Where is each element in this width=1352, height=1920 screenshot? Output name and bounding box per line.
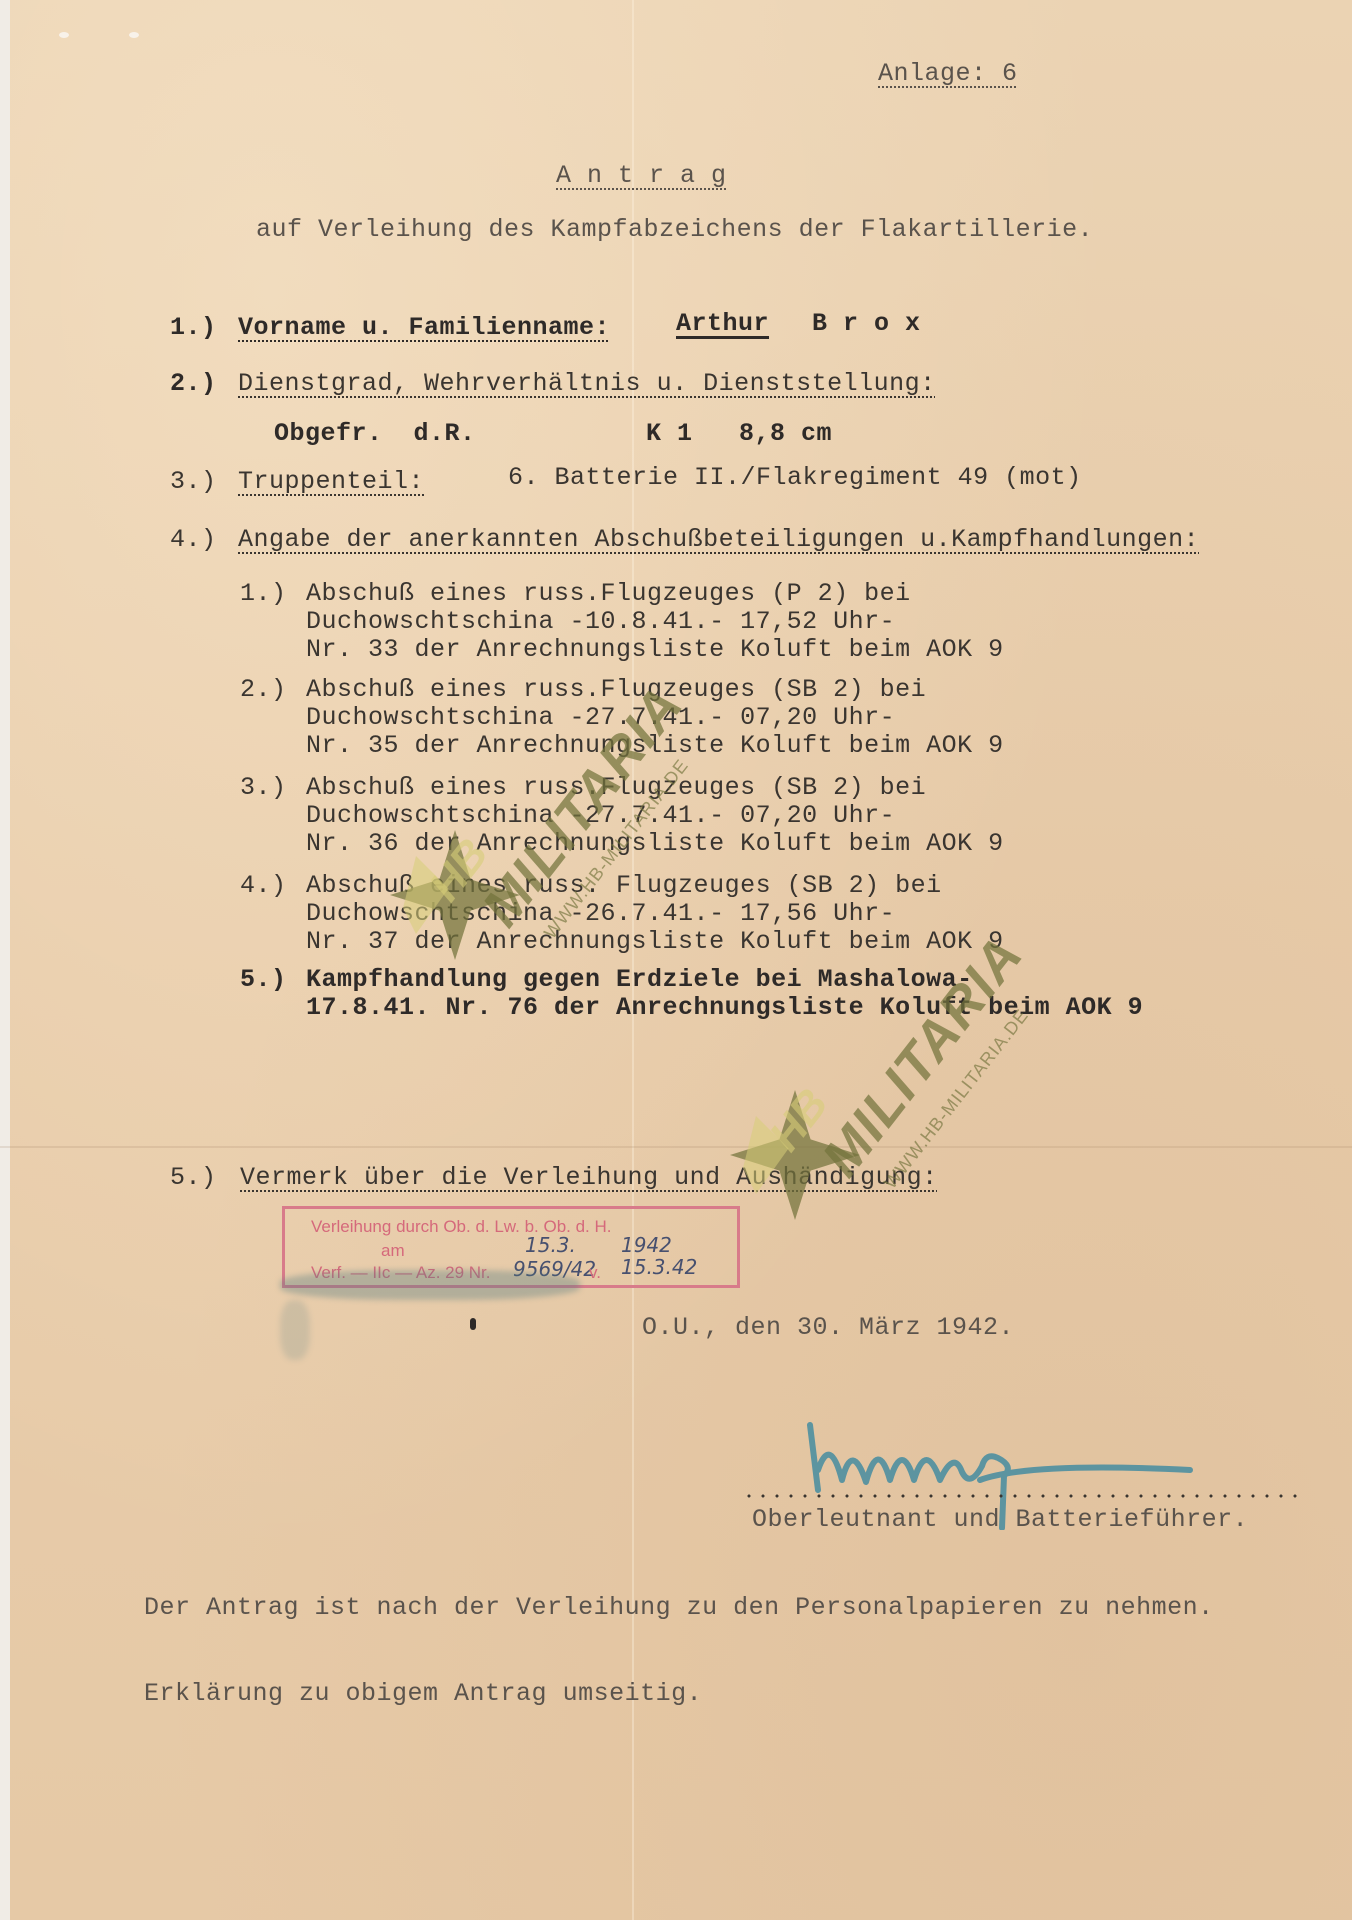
field-2-label: Dienstgrad, Wehrverhältnis u. Dienststel… xyxy=(238,370,936,398)
stamp-handwritten-date: 15.3. xyxy=(525,1233,576,1257)
place-and-date: O.U., den 30. März 1942. xyxy=(642,1314,1014,1342)
ink-smudge xyxy=(280,1300,310,1360)
scan-edge xyxy=(0,0,10,1920)
document-title: A n t r a g xyxy=(556,162,727,190)
engagement-number: 5.) xyxy=(240,966,287,994)
field-5-number: 5.) xyxy=(170,1164,217,1192)
stamp-suffix: v. xyxy=(589,1263,601,1283)
note-personal-papers: Der Antrag ist nach der Verleihung zu de… xyxy=(144,1594,1214,1622)
engagement-line: Kampfhandlung gegen Erdziele bei Mashalo… xyxy=(306,966,973,994)
first-name: Arthur xyxy=(676,310,769,338)
engagement-line: Nr. 33 der Anrechnungsliste Koluft beim … xyxy=(306,636,1004,664)
field-2-number: 2.) xyxy=(170,370,217,398)
field-3-number: 3.) xyxy=(170,468,217,496)
engagement-number: 2.) xyxy=(240,676,287,704)
stamp-handwritten-date-2: 15.3.42 xyxy=(621,1255,697,1279)
engagement-number: 3.) xyxy=(240,774,287,802)
engagement-line: Duchowschtschina -10.8.41.- 17,52 Uhr- xyxy=(306,608,895,636)
position-value: K 1 8,8 cm xyxy=(646,420,832,448)
stamp-line-2: am xyxy=(381,1241,405,1261)
signature-title: Oberleutnant und Batterieführer. xyxy=(752,1506,1248,1534)
engagement-line: Duchowschtschina -27.7.41.- 07,20 Uhr- xyxy=(306,704,895,732)
engagement-line: Abschuß eines russ.Flugzeuges (P 2) bei xyxy=(306,580,911,608)
ink-smudge xyxy=(280,1270,580,1300)
field-4-label: Angabe der anerkannten Abschußbeteiligun… xyxy=(238,526,1199,554)
last-name: B r o x xyxy=(812,310,921,338)
document-subtitle: auf Verleihung des Kampfabzeichens der F… xyxy=(256,216,1093,244)
engagement-number: 1.) xyxy=(240,580,287,608)
ink-dot xyxy=(470,1318,476,1330)
field-1-label: Vorname u. Familienname: xyxy=(238,314,610,342)
unit-value: 6. Batterie II./Flakregiment 49 (mot) xyxy=(508,464,1082,492)
note-explanation-overleaf: Erklärung zu obigem Antrag umseitig. xyxy=(144,1680,702,1708)
document-page: Anlage: 6 A n t r a g auf Verleihung des… xyxy=(0,0,1352,1920)
pin-holes xyxy=(55,28,145,42)
engagement-number: 4.) xyxy=(240,872,287,900)
rank-value: Obgefr. d.R. xyxy=(274,420,476,448)
paper-fold-vertical xyxy=(632,0,634,1920)
field-3-label: Truppenteil: xyxy=(238,468,424,496)
engagement-line: Abschuß eines russ.Flugzeuges (SB 2) bei xyxy=(306,676,926,704)
field-1-number: 1.) xyxy=(170,314,217,342)
field-4-number: 4.) xyxy=(170,526,217,554)
signature-dotted-line xyxy=(742,1494,1306,1498)
stamp-handwritten-year: 1942 xyxy=(621,1233,672,1257)
attachment-label: Anlage: 6 xyxy=(878,60,1018,88)
paper-fold-horizontal xyxy=(0,1146,1352,1148)
